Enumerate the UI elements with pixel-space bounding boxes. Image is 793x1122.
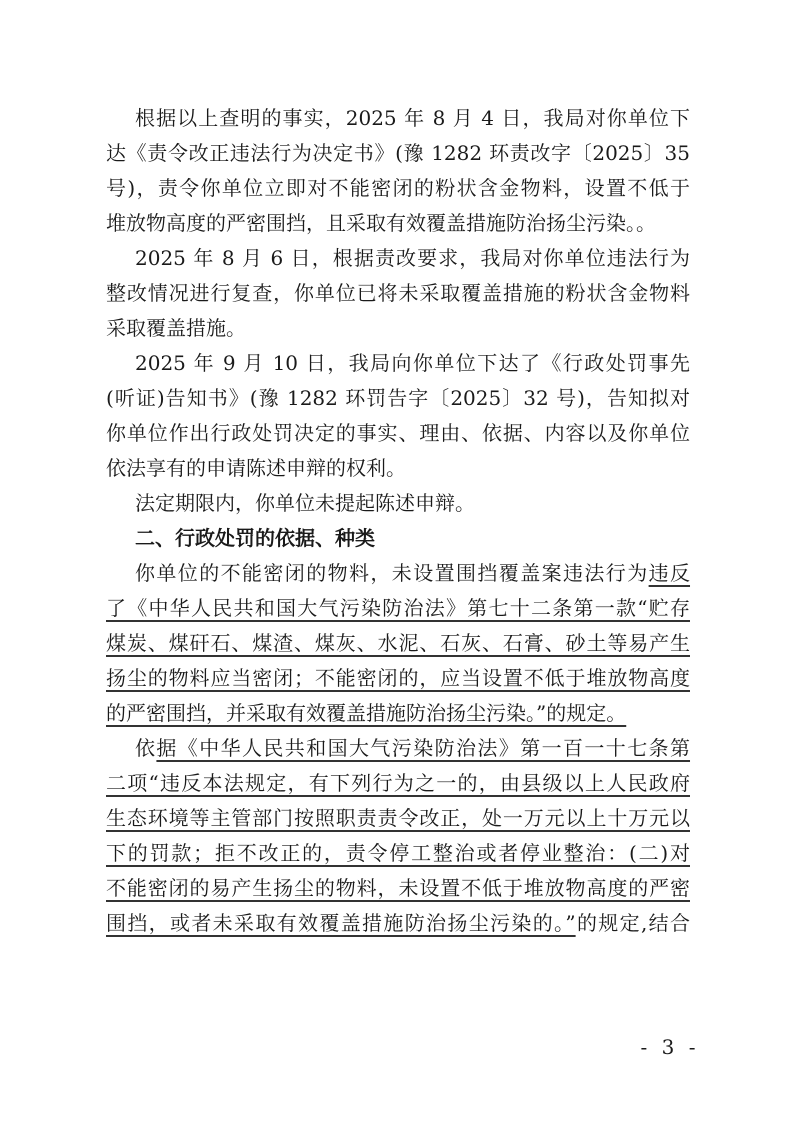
paragraph-line: 二项“违反本法规定，有下列行为之一的，由县级以上人民政府 (106, 768, 690, 798)
paragraph-line: 扬尘的物料应当密闭；不能密闭的，应当设置不低于堆放物高度 (106, 663, 690, 693)
paragraph-line: 煤炭、煤矸石、煤渣、煤灰、水泥、石灰、石膏、砂土等易产生 (106, 628, 690, 658)
underlined-text: 扬尘的物料应当密闭；不能密闭的，应当设置不低于堆放物高度 (106, 666, 690, 690)
text-segment: 二、行政处罚的依据、种类 (135, 526, 375, 550)
underlined-text: 据《中华人民共和国大气污染防治法》第一百一十七条第 (156, 736, 690, 760)
section-heading: 二、行政处罚的依据、种类 (135, 523, 690, 553)
text-segment: 堆放物高度的严密围挡，且采取有效覆盖措施防治扬尘污染。。 (106, 211, 656, 235)
text-segment: 法定期限内，你单位未提起陈述申辩。 (135, 491, 475, 515)
paragraph-line: 依据《中华人民共和国大气污染防治法》第一百一十七条第 (135, 733, 690, 763)
paragraph-line: 堆放物高度的严密围挡，且采取有效覆盖措施防治扬尘污染。。 (106, 208, 690, 238)
text-segment: 采取覆盖措施。 (106, 316, 246, 340)
paragraph-line: (听证)告知书》(豫 1282 环罚告字〔2025〕32 号)，告知拟对 (106, 383, 690, 413)
text-segment: 2025 年 9 月 10 日，我局向你单位下达了《行政处罚事先 (135, 351, 690, 375)
paragraph-line: 依法享有的申请陈述申辩的权利。 (106, 453, 690, 483)
paragraph-line: 不能密闭的易产生扬尘的物料，未设置不低于堆放物高度的严密 (106, 873, 690, 903)
document-page: 根据以上查明的事实，2025 年 8 月 4 日，我局对你单位下达《责令改正违法… (0, 0, 793, 1122)
paragraph-line: 围挡，或者未采取有效覆盖措施防治扬尘污染的。”的规定,结合 (106, 908, 690, 938)
underlined-text: 生态环境等主管部门按照职责责令改正，处一万元以上十万元以 (106, 806, 690, 830)
text-segment: 整改情况进行复查，你单位已将未采取覆盖措施的粉状含金物料 (106, 281, 690, 305)
page-number: - 3 - (630, 1034, 710, 1060)
paragraph-line: 根据以上查明的事实，2025 年 8 月 4 日，我局对你单位下 (135, 103, 690, 133)
paragraph-line: 达《责令改正违法行为决定书》(豫 1282 环责改字〔2025〕35 (106, 138, 690, 168)
text-segment: 你单位的不能密闭的物料，未设置围挡覆盖案违法行为 (135, 561, 649, 585)
paragraph-line: 2025 年 8 月 6 日，根据责改要求，我局对你单位违法行为 (135, 243, 690, 273)
paragraph-line: 号)，责令你单位立即对不能密闭的粉状含金物料，设置不低于 (106, 173, 690, 203)
text-segment: 的规定,结合 (576, 911, 690, 935)
paragraph-line: 的严密围挡，并采取有效覆盖措施防治扬尘污染。”的规定。 (106, 698, 690, 728)
paragraph-line: 下的罚款；拒不改正的，责令停工整治或者停业整治：(二)对 (106, 838, 690, 868)
underlined-text: 的严密围挡，并采取有效覆盖措施防治扬尘污染。”的规定。 (106, 701, 626, 725)
underlined-text: 下的罚款；拒不改正的，责令停工整治或者停业整治：(二)对 (106, 841, 690, 865)
text-segment: 号)，责令你单位立即对不能密闭的粉状含金物料，设置不低于 (106, 176, 690, 200)
underlined-text: 二项“违反本法规定，有下列行为之一的，由县级以上人民政府 (106, 771, 690, 795)
paragraph-line: 采取覆盖措施。 (106, 313, 690, 343)
paragraph-line: 了《中华人民共和国大气污染防治法》第七十二条第一款“贮存 (106, 593, 690, 623)
text-segment: 依 (135, 736, 156, 760)
underlined-text: 围挡，或者未采取有效覆盖措施防治扬尘污染的。” (106, 911, 576, 935)
text-segment: 达《责令改正违法行为决定书》(豫 1282 环责改字〔2025〕35 (106, 141, 690, 165)
underlined-text: 煤炭、煤矸石、煤渣、煤灰、水泥、石灰、石膏、砂土等易产生 (106, 631, 690, 655)
text-segment: 你单位作出行政处罚决定的事实、理由、依据、内容以及你单位 (106, 421, 690, 445)
paragraph-line: 法定期限内，你单位未提起陈述申辩。 (135, 488, 690, 518)
text-segment: 根据以上查明的事实，2025 年 8 月 4 日，我局对你单位下 (135, 106, 690, 130)
paragraph-line: 生态环境等主管部门按照职责责令改正，处一万元以上十万元以 (106, 803, 690, 833)
paragraph-line: 你单位的不能密闭的物料，未设置围挡覆盖案违法行为违反 (135, 558, 690, 588)
underlined-text: 违反 (649, 561, 690, 585)
underlined-text: 不能密闭的易产生扬尘的物料，未设置不低于堆放物高度的严密 (106, 876, 690, 900)
underlined-text: 了《中华人民共和国大气污染防治法》第七十二条第一款“贮存 (106, 596, 690, 620)
text-segment: (听证)告知书》(豫 1282 环罚告字〔2025〕32 号)，告知拟对 (106, 386, 690, 410)
paragraph-line: 整改情况进行复查，你单位已将未采取覆盖措施的粉状含金物料 (106, 278, 690, 308)
paragraph-line: 2025 年 9 月 10 日，我局向你单位下达了《行政处罚事先 (135, 348, 690, 378)
text-segment: 依法享有的申请陈述申辩的权利。 (106, 456, 406, 480)
paragraph-line: 你单位作出行政处罚决定的事实、理由、依据、内容以及你单位 (106, 418, 690, 448)
text-segment: 2025 年 8 月 6 日，根据责改要求，我局对你单位违法行为 (135, 246, 690, 270)
